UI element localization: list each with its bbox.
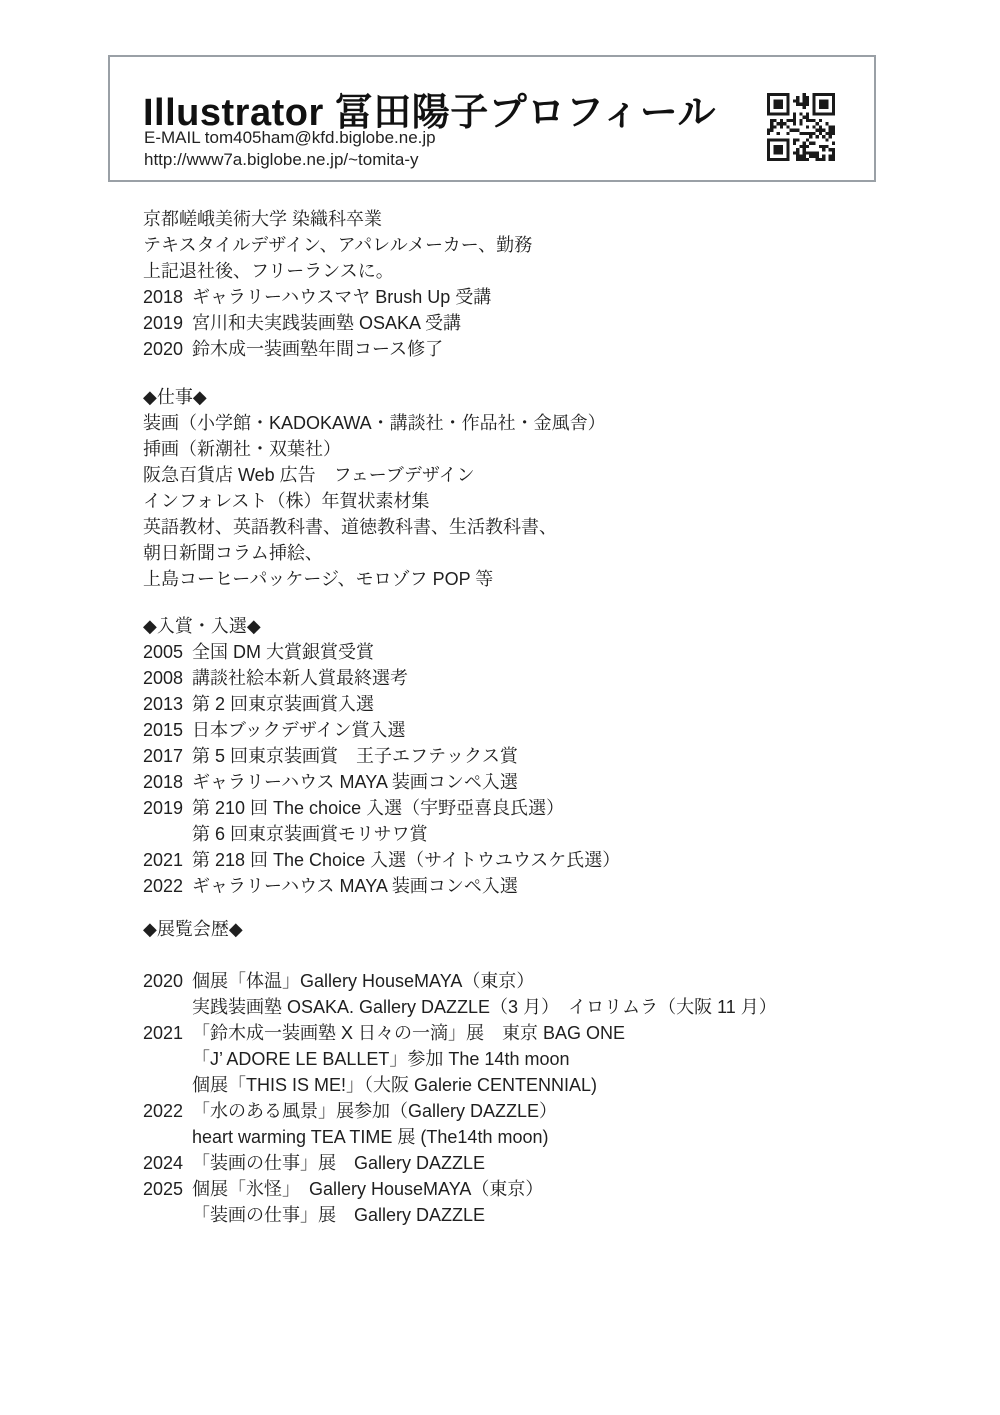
award-year: 2005	[143, 639, 192, 665]
career-line: 京都嵯峨美術大学 染織科卒業	[143, 206, 883, 232]
award-row: 2018 ギャラリーハウス MAYA 装画コンペ入選	[143, 769, 883, 795]
award-text: 第 218 回 The Choice 入選（サイトウユウスケ氏選）	[192, 847, 883, 873]
career-summary-lines: 京都嵯峨美術大学 染織科卒業 テキスタイルデザイン、アパレルメーカー、勤務 上記…	[143, 206, 883, 284]
award-row: 2008 講談社絵本新人賞最終選考	[143, 665, 883, 691]
qr-code-icon	[767, 93, 835, 161]
work-line: 挿画（新潮社・双葉社）	[143, 436, 883, 462]
award-text: ギャラリーハウス MAYA 装画コンペ入選	[192, 873, 883, 899]
exhibition-text: 「鈴木成一装画塾 X 日々の一滴」展 東京 BAG ONE	[192, 1020, 883, 1046]
timeline-text: ギャラリーハウスマヤ Brush Up 受講	[192, 284, 883, 310]
award-row: 2019 第 210 回 The choice 入選（宇野亞喜良氏選）	[143, 795, 883, 821]
exhibition-row: heart warming TEA TIME 展 (The14th moon)	[143, 1124, 883, 1150]
timeline-text: 鈴木成一装画塾年間コース修了	[192, 336, 883, 362]
award-year: 2013	[143, 691, 192, 717]
award-text: 第 6 回東京装画賞モリサワ賞	[192, 821, 883, 847]
career-line: 上記退社後、フリーランスに。	[143, 258, 883, 284]
exhibition-row: 2020 個展「体温」Gallery HouseMAYA（東京）	[143, 968, 883, 994]
award-row: 2005 全国 DM 大賞銀賞受賞	[143, 639, 883, 665]
exhibition-year	[143, 1124, 192, 1150]
award-year: 2021	[143, 847, 192, 873]
exhibition-row: 「J’ ADORE LE BALLET」参加 The 14th moon	[143, 1046, 883, 1072]
award-row: 2021 第 218 回 The Choice 入選（サイトウユウスケ氏選）	[143, 847, 883, 873]
exhibition-text: 「水のある風景」展参加（Gallery DAZZLE）	[192, 1098, 883, 1124]
career-summary-section: 京都嵯峨美術大学 染織科卒業 テキスタイルデザイン、アパレルメーカー、勤務 上記…	[143, 206, 883, 362]
exhibition-text: 実践装画塾 OSAKA. Gallery DAZZLE（3 月） イロリムラ（大…	[192, 994, 883, 1020]
header-card: Illustrator 冨田陽子プロフィール E-MAIL tom405ham@…	[108, 55, 876, 182]
exhibition-row: 2025 個展「氷怪」 Gallery HouseMAYA（東京）	[143, 1176, 883, 1202]
award-year: 2015	[143, 717, 192, 743]
work-line: 上島コーヒーパッケージ、モロゾフ POP 等	[143, 566, 883, 592]
exhibitions-section-heading: ◆展覧会歴◆	[143, 916, 883, 942]
award-year: 2019	[143, 795, 192, 821]
work-line: 阪急百貨店 Web 広告 フェーブデザイン	[143, 462, 883, 488]
exhibition-text: 「装画の仕事」展 Gallery DAZZLE	[192, 1150, 883, 1176]
award-text: ギャラリーハウス MAYA 装画コンペ入選	[192, 769, 883, 795]
timeline-row: 2019 宮川和夫実践装画塾 OSAKA 受講	[143, 310, 883, 336]
work-line: 朝日新聞コラム挿絵、	[143, 540, 883, 566]
exhibition-row: 2024 「装画の仕事」展 Gallery DAZZLE	[143, 1150, 883, 1176]
exhibition-year: 2020	[143, 968, 192, 994]
email-line: E-MAIL tom405ham@kfd.biglobe.ne.jp	[144, 127, 436, 149]
award-row: 2022 ギャラリーハウス MAYA 装画コンペ入選	[143, 873, 883, 899]
exhibition-text: 「J’ ADORE LE BALLET」参加 The 14th moon	[192, 1046, 883, 1072]
profile-page: { "page": { "background": "#ffffff", "te…	[0, 0, 1000, 1415]
exhibition-year: 2021	[143, 1020, 192, 1046]
exhibition-row: 2022 「水のある風景」展参加（Gallery DAZZLE）	[143, 1098, 883, 1124]
timeline-row: 2020 鈴木成一装画塾年間コース修了	[143, 336, 883, 362]
exhibition-row: 個展「THIS IS ME!」（大阪 Galerie CENTENNIAL)	[143, 1072, 883, 1098]
awards-section-heading: ◆入賞・入選◆	[143, 613, 883, 639]
exhibition-text: 「装画の仕事」展 Gallery DAZZLE	[192, 1202, 883, 1228]
exhibitions-section: ◆展覧会歴◆ 2020 個展「体温」Gallery HouseMAYA（東京） …	[143, 916, 883, 1228]
timeline-year: 2020	[143, 336, 192, 362]
career-line: テキスタイルデザイン、アパレルメーカー、勤務	[143, 232, 883, 258]
exhibition-year	[143, 1072, 192, 1098]
exhibition-year: 2022	[143, 1098, 192, 1124]
exhibition-year	[143, 1202, 192, 1228]
exhibition-text: 個展「氷怪」 Gallery HouseMAYA（東京）	[192, 1176, 883, 1202]
work-section: ◆仕事◆ 装画（小学館・KADOKAWA・講談社・作品社・金風舎） 挿画（新潮社…	[143, 384, 883, 592]
award-row: 2015 日本ブックデザイン賞入選	[143, 717, 883, 743]
awards-rows: 2005 全国 DM 大賞銀賞受賞 2008 講談社絵本新人賞最終選考 2013…	[143, 639, 883, 899]
exhibition-rows: 2020 個展「体温」Gallery HouseMAYA（東京） 実践装画塾 O…	[143, 968, 883, 1228]
exhibition-year	[143, 1046, 192, 1072]
timeline-row: 2018 ギャラリーハウスマヤ Brush Up 受講	[143, 284, 883, 310]
award-row: 2017 第 5 回東京装画賞 王子エフテックス賞	[143, 743, 883, 769]
awards-section: ◆入賞・入選◆ 2005 全国 DM 大賞銀賞受賞 2008 講談社絵本新人賞最…	[143, 613, 883, 899]
career-timeline: 2018 ギャラリーハウスマヤ Brush Up 受講 2019 宮川和夫実践装…	[143, 284, 883, 362]
award-text: 第 5 回東京装画賞 王子エフテックス賞	[192, 743, 883, 769]
contact-block: E-MAIL tom405ham@kfd.biglobe.ne.jp http:…	[144, 127, 436, 171]
award-text: 講談社絵本新人賞最終選考	[192, 665, 883, 691]
work-lines: 装画（小学館・KADOKAWA・講談社・作品社・金風舎） 挿画（新潮社・双葉社）…	[143, 410, 883, 592]
exhibition-year	[143, 994, 192, 1020]
award-text: 全国 DM 大賞銀賞受賞	[192, 639, 883, 665]
timeline-year: 2018	[143, 284, 192, 310]
award-year: 2018	[143, 769, 192, 795]
work-section-heading: ◆仕事◆	[143, 384, 883, 410]
award-year: 2022	[143, 873, 192, 899]
award-row: 第 6 回東京装画賞モリサワ賞	[143, 821, 883, 847]
exhibition-year: 2025	[143, 1176, 192, 1202]
exhibition-row: 「装画の仕事」展 Gallery DAZZLE	[143, 1202, 883, 1228]
exhibition-text: 個展「THIS IS ME!」（大阪 Galerie CENTENNIAL)	[192, 1072, 883, 1098]
work-line: 装画（小学館・KADOKAWA・講談社・作品社・金風舎）	[143, 410, 883, 436]
award-text: 第 2 回東京装画賞入選	[192, 691, 883, 717]
timeline-text: 宮川和夫実践装画塾 OSAKA 受講	[192, 310, 883, 336]
award-year: 2008	[143, 665, 192, 691]
timeline-year: 2019	[143, 310, 192, 336]
profile-body: 京都嵯峨美術大学 染織科卒業 テキスタイルデザイン、アパレルメーカー、勤務 上記…	[143, 206, 883, 1228]
url-line: http://www7a.biglobe.ne.jp/~tomita-y	[144, 149, 436, 171]
work-line: インフォレスト（株）年賀状素材集	[143, 488, 883, 514]
exhibition-text: 個展「体温」Gallery HouseMAYA（東京）	[192, 968, 883, 994]
award-text: 日本ブックデザイン賞入選	[192, 717, 883, 743]
award-year	[143, 821, 192, 847]
exhibition-row: 2021 「鈴木成一装画塾 X 日々の一滴」展 東京 BAG ONE	[143, 1020, 883, 1046]
qr-code-svg	[767, 93, 835, 161]
award-text: 第 210 回 The choice 入選（宇野亞喜良氏選）	[192, 795, 883, 821]
award-year: 2017	[143, 743, 192, 769]
exhibition-row: 実践装画塾 OSAKA. Gallery DAZZLE（3 月） イロリムラ（大…	[143, 994, 883, 1020]
award-row: 2013 第 2 回東京装画賞入選	[143, 691, 883, 717]
work-line: 英語教材、英語教科書、道徳教科書、生活教科書、	[143, 514, 883, 540]
exhibition-text: heart warming TEA TIME 展 (The14th moon)	[192, 1124, 883, 1150]
exhibition-year: 2024	[143, 1150, 192, 1176]
